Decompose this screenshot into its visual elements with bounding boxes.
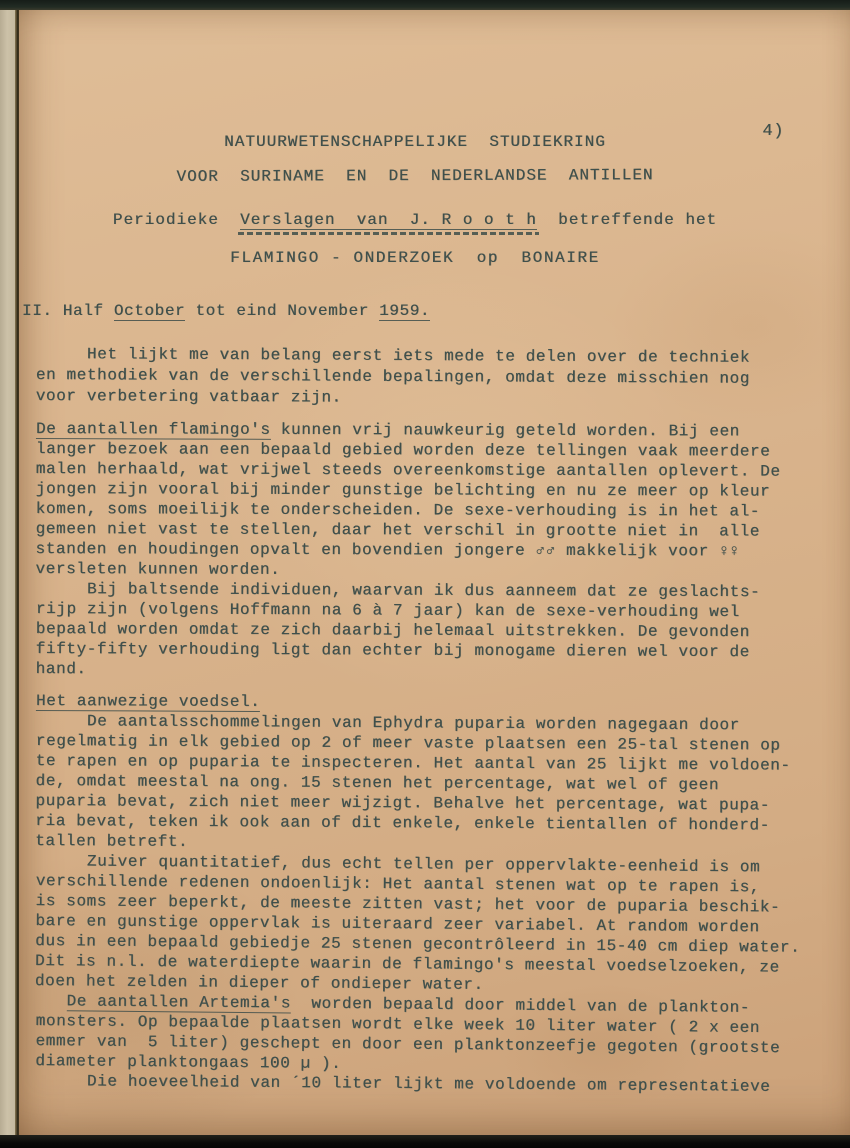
section-title-pre: II. Half xyxy=(22,302,114,320)
text-line: De aantallen flamingo's kunnen vrij nauw… xyxy=(36,419,830,442)
organization-line-1: NATUURWETENSCHAPPELIJKE STUDIEKRING xyxy=(36,130,794,154)
section-title-year: 1959. xyxy=(379,302,430,321)
text-line: standen en houdingen opvalt en bovendien… xyxy=(36,539,830,562)
section-title-month: October xyxy=(114,302,185,321)
document-header: NATUURWETENSCHAPPELIJKE STUDIEKRING VOOR… xyxy=(0,0,850,270)
paragraph-artemia: De aantallen Artemia's worden bepaald do… xyxy=(35,991,830,1079)
report-title-post: betreffende het xyxy=(537,211,717,229)
underlined-phrase-flamingo-counts: De aantallen flamingo's xyxy=(36,420,271,440)
paragraph-method-intro: Het lijkt me van belang eerst iets mede … xyxy=(36,344,830,411)
underlined-phrase-artemia-counts: De aantallen Artemia's xyxy=(66,992,291,1013)
scanned-document: 4) NATUURWETENSCHAPPELIJKE STUDIEKRING V… xyxy=(0,0,850,1148)
text-segment: kunnen vrij nauwkeurig geteld worden. Bi… xyxy=(271,421,740,441)
text-line: versleten kunnen worden. xyxy=(35,559,829,582)
typewritten-content: 4) NATUURWETENSCHAPPELIJKE STUDIEKRING V… xyxy=(0,0,850,1148)
page-number: 4) xyxy=(762,122,784,141)
book-edge-bottom xyxy=(0,1135,850,1148)
report-title-line: Periodieke Verslagen van J. R o o t h be… xyxy=(36,208,794,232)
text-line: komen, soms moeilijk te onderscheiden. D… xyxy=(36,499,830,522)
paragraph-courtship: Bij baltsende individuen, waarvan ik dus… xyxy=(36,579,830,682)
text-line: gemeen niet vast te stellen, daar het ve… xyxy=(36,519,830,542)
body-text: Het lijkt me van belang eerst iets mede … xyxy=(0,344,850,1091)
text-segment xyxy=(36,992,67,1010)
text-line: langer bezoek aan een bepaald gebied wor… xyxy=(36,439,830,462)
report-author-name: Verslagen van J. R o o t h xyxy=(240,211,537,230)
organization-line-2: VOOR SURINAME EN DE NEDERLANDSE ANTILLEN xyxy=(36,163,794,190)
report-title-pre: Periodieke xyxy=(113,211,240,229)
paragraph-quantitative: Zuiver quantitatief, dus echt tellen per… xyxy=(35,851,830,998)
subheading-text: Het aanwezige voedsel. xyxy=(36,692,261,712)
text-line: malen herhaald, wat vrijwel steeds overe… xyxy=(36,459,830,482)
paragraph-flamingo-counts: De aantallen flamingo's kunnen vrij nauw… xyxy=(35,419,830,582)
book-edge-top xyxy=(0,0,850,10)
section-title: II. Half October tot eind November 1959. xyxy=(22,300,850,322)
text-line: voor verbetering vatbaar zijn. xyxy=(36,386,830,411)
text-line: jongen zijn vooral bij minder gunstige b… xyxy=(36,479,830,502)
report-subject: FLAMINGO - ONDERZOEK op BONAIRE xyxy=(36,246,794,270)
section-title-mid: tot eind November xyxy=(185,302,379,320)
text-line: fifty-fifty verhouding ligt dan echter b… xyxy=(36,639,830,662)
text-line: hand. xyxy=(36,659,830,682)
paragraph-ephydra: De aantalsschommelingen van Ephydra pupa… xyxy=(35,711,830,856)
